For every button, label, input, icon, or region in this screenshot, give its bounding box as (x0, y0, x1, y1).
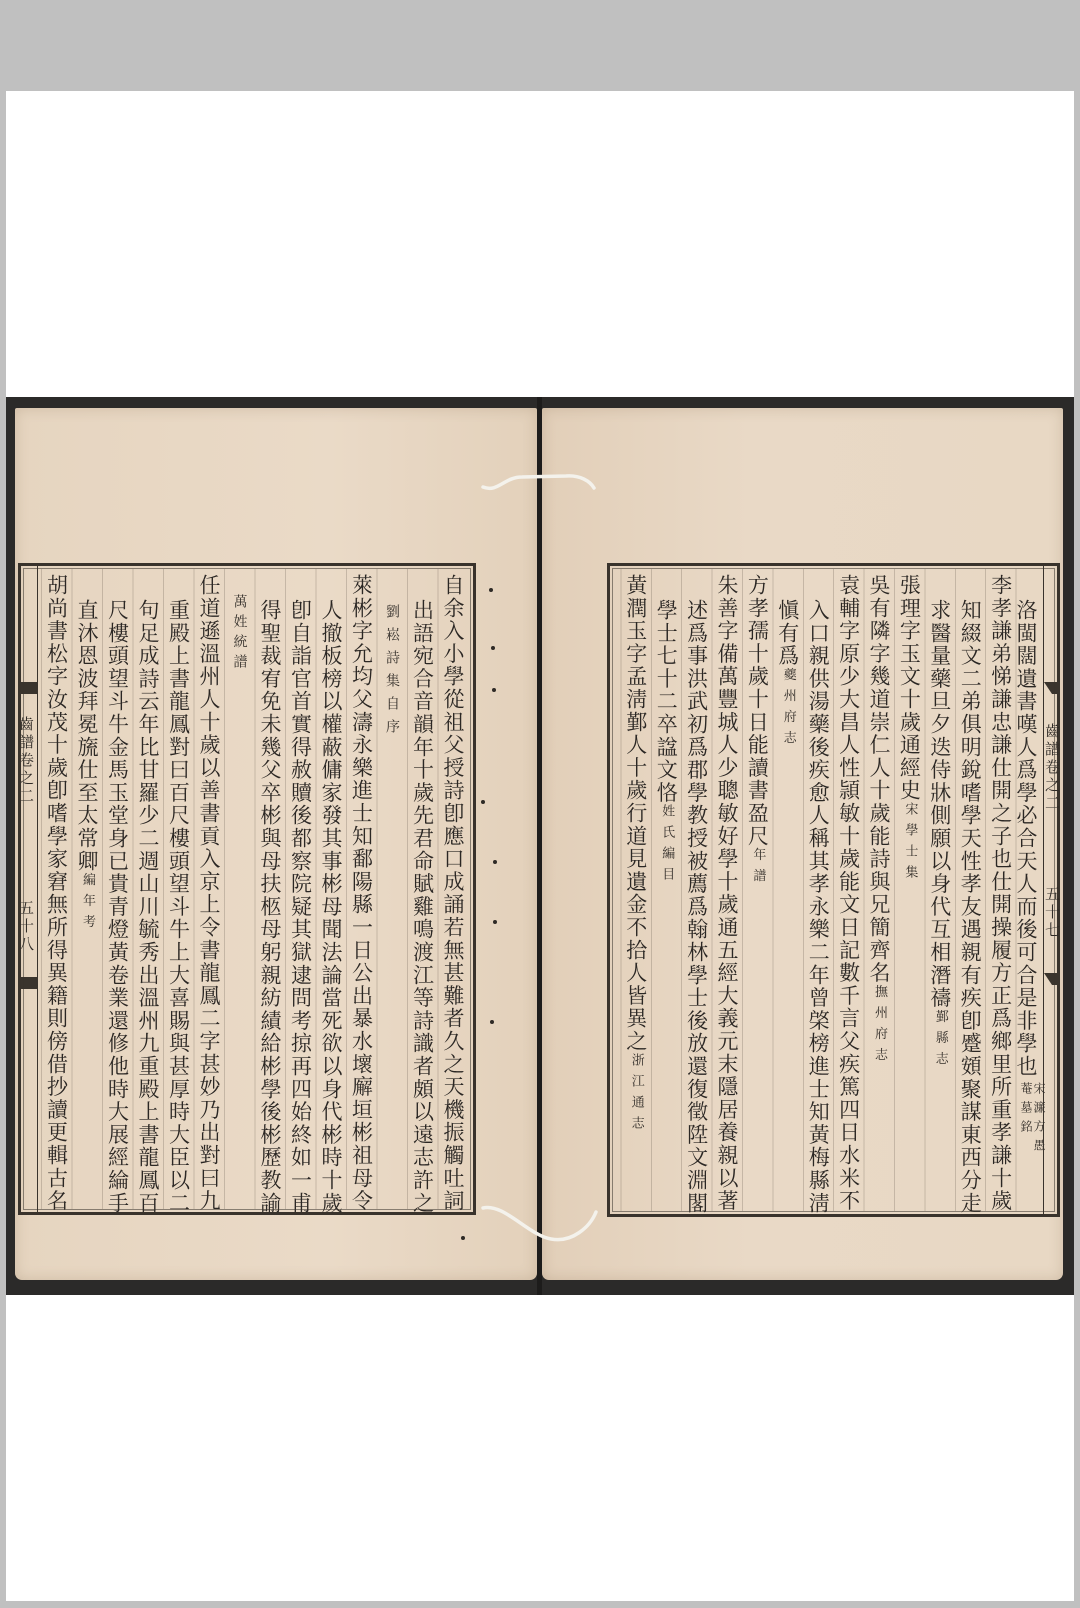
column-text: 吳有隣字幾道崇仁人十歲能詩與兄簡齊名 (867, 574, 891, 984)
margin-book-title: 齒譜卷之二 (21, 716, 37, 806)
column-text: 袁輔字原少大昌人性頴敏十歲能文日記數千言父疾篤四日水米不 (837, 574, 861, 1212)
column-text: 胡尚書松字汝茂十歲卽嗜學家窘無所得異籍則傍借抄讀更輯古名 (45, 574, 69, 1212)
fish-tail-mark (21, 682, 38, 694)
double-line-source-note: 宋濂方愚菴墓銘 (1019, 1078, 1045, 1158)
source-note: 撫州府志 (872, 984, 887, 1068)
source-citation: 劉崧詩集自序 (384, 604, 400, 742)
binding-hole (493, 920, 497, 924)
text-column: 重殿上書龍鳳對曰百尺樓頭望斗牛上大喜賜與甚厚時大臣以二 (165, 599, 193, 1239)
column-text: 得聖裁宥免未幾父卒彬與母扶柩母躬親紡績給彬學後彬歷教諭 (258, 599, 282, 1215)
source-note: 編年考 (80, 873, 95, 936)
text-column: 方孝孺十歲十日能讀書盈尺年譜 (743, 574, 771, 1214)
column-text: 尺樓頭望斗牛金馬玉堂身已貴青燈黃卷業還修他時大展經綸手 (106, 599, 130, 1215)
text-column: 袁輔字原少大昌人性頴敏十歲能文日記數千言父疾篤四日水米不 (835, 574, 863, 1214)
book-scan-image[interactable]: 齒譜卷之二 五十八 自余入小學從祖父授詩卽應口成誦若無甚難者久之天機振觸吐詞 出… (6, 397, 1074, 1295)
source-note: 姓氏編目 (659, 804, 674, 888)
right-page: 齒譜卷之二 五十七 洛閩闊遺書嘆人爲學必合天人而後可合是非學也宋濂方愚菴墓銘 李… (542, 408, 1063, 1280)
left-page-frame: 齒譜卷之二 五十八 自余入小學從祖父授詩卽應口成誦若無甚難者久之天機振觸吐詞 出… (18, 563, 476, 1215)
text-column: 出語宛合音韻年十歲先君命賦雞鳴渡江等詩識者頗以遠志許之 (409, 599, 437, 1239)
text-column: 知綴文二弟俱明銳嗜學天性孝友遇親有疾卽蹙頞聚謀東西分走 (956, 599, 984, 1239)
left-page: 齒譜卷之二 五十八 自余入小學從祖父授詩卽應口成誦若無甚難者久之天機振觸吐詞 出… (15, 408, 537, 1280)
column-text: 重殿上書龍鳳對曰百尺樓頭望斗牛上大喜賜與甚厚時大臣以二 (167, 599, 191, 1215)
source-note: 鄞縣志 (933, 1009, 948, 1072)
column-text: 黃潤玉字孟淸鄞人十歲行道見遺金不拾人皆異之 (624, 574, 648, 1053)
text-column: 朱善字備萬豐城人少聰敏好學十歲通五經大義元末隱居養親以著 (713, 574, 741, 1214)
column-text: 入口親供湯藥後疾愈人稱其孝永樂二年曾棨榜進士知黃梅縣淸 (806, 599, 830, 1215)
binding-hole (490, 1020, 494, 1024)
column-text: 任道遜溫州人十歲以善書貢入京上令書龍鳳二字甚妙乃出對曰九 (197, 574, 221, 1212)
column-text: 出語宛合音韻年十歲先君命賦雞鳴渡江等詩識者頗以遠志許之 (411, 599, 435, 1215)
binding-hole (461, 1236, 465, 1240)
column-text: 卽自詣官首實得赦贖後都察院疑其獄逮問考掠再四始終如一甫 (289, 599, 313, 1215)
text-column: 任道遜溫州人十歲以善書貢入京上令書龍鳳二字甚妙乃出對曰九 (195, 574, 223, 1214)
note-line: 宋濂方愚 (1032, 1082, 1045, 1158)
text-column: 入口親供湯藥後疾愈人稱其孝永樂二年曾棨榜進士知黃梅縣淸 (804, 599, 832, 1239)
margin-page-number: 五十七 (1047, 886, 1060, 940)
text-column: 求醫量藥旦夕迭侍牀側願以身代互相潛禱鄞縣志 (926, 599, 954, 1239)
binding-hole (491, 646, 495, 650)
binding-hole (493, 860, 497, 864)
binding-hole (481, 800, 485, 804)
text-column: 胡尚書松字汝茂十歲卽嗜學家窘無所得異籍則傍借抄讀更輯古名 (43, 574, 71, 1214)
note-line: 菴墓銘 (1019, 1082, 1032, 1158)
fish-tail-mark (1044, 973, 1060, 985)
column-text: 方孝孺十歲十日能讀書盈尺 (745, 574, 769, 848)
text-column: 黃潤玉字孟淸鄞人十歲行道見遺金不拾人皆異之浙江通志 (622, 574, 650, 1214)
text-column: 卽自詣官首實得赦贖後都察院疑其獄逮問考掠再四始終如一甫 (287, 599, 315, 1239)
binding-hole (492, 688, 496, 692)
left-page-fold-margin: 齒譜卷之二 五十八 (21, 566, 38, 1212)
margin-book-title: 齒譜卷之二 (1047, 723, 1060, 813)
text-column: 洛閩闊遺書嘆人爲學必合天人而後可合是非學也宋濂方愚菴墓銘 (1017, 599, 1045, 1239)
source-note: 年譜 (750, 848, 765, 890)
text-column: 直沐恩波拜冕旒仕至太常卿編年考 (73, 599, 101, 1239)
image-viewer-panel: 齒譜卷之二 五十八 自余入小學從祖父授詩卽應口成誦若無甚難者久之天機振觸吐詞 出… (6, 91, 1074, 1601)
text-column: 自余入小學從祖父授詩卽應口成誦若無甚難者久之天機振觸吐詞 (439, 574, 467, 1214)
column-text: 直沐恩波拜冕旒仕至太常卿 (75, 599, 99, 873)
column-text: 求醫量藥旦夕迭侍牀側願以身代互相潛禱 (928, 599, 952, 1009)
text-column: 李孝謙弟悌謙忠謙仕開之子也仕開操履方正爲鄉里所重孝謙十歲 (987, 574, 1015, 1214)
text-column: 述爲事洪武初爲郡學教授被薦爲翰林學士後放還復徵陞文淵閣 (683, 599, 711, 1239)
binding-hole (489, 588, 493, 592)
source-note: 夔州府志 (781, 667, 796, 751)
right-page-frame: 齒譜卷之二 五十七 洛閩闊遺書嘆人爲學必合天人而後可合是非學也宋濂方愚菴墓銘 李… (607, 563, 1060, 1217)
source-citation-column: 萬姓統譜 (226, 594, 254, 1234)
text-column: 學士七十二卒諡文恪姓氏編目 (652, 599, 680, 1239)
column-text: 句足成詩云年比甘羅少二週山川毓秀出溫州九重殿上書龍鳳百 (136, 599, 160, 1215)
source-citation: 萬姓統譜 (232, 594, 248, 674)
column-text: 李孝謙弟悌謙忠謙仕開之子也仕開操履方正爲鄉里所重孝謙十歲 (989, 574, 1013, 1212)
source-note: 宋學士集 (902, 802, 917, 886)
text-column: 尺樓頭望斗牛金馬玉堂身已貴青燈黃卷業還修他時大展經綸手 (104, 599, 132, 1239)
column-text: 自余入小學從祖父授詩卽應口成誦若無甚難者久之天機振觸吐詞 (441, 574, 465, 1212)
column-text: 知綴文二弟俱明銳嗜學天性孝友遇親有疾卽蹙頞聚謀東西分走 (958, 599, 982, 1215)
column-text: 朱善字備萬豐城人少聰敏好學十歲通五經大義元末隱居養親以著 (715, 574, 739, 1212)
source-note: 浙江通志 (629, 1053, 644, 1137)
column-text: 張理字玉文十歲通經史 (897, 574, 921, 802)
text-column: 愼有爲夔州府志 (774, 599, 802, 1239)
column-text: 萊彬字允均父濤永樂進士知鄱陽縣一日公出暴水壞廨垣彬祖母令 (350, 574, 374, 1212)
column-text: 述爲事洪武初爲郡學教授被薦爲翰林學士後放還復徵陞文淵閣 (685, 599, 709, 1215)
text-column: 萊彬字允均父濤永樂進士知鄱陽縣一日公出暴水壞廨垣彬祖母令 (348, 574, 376, 1214)
column-text: 學士七十二卒諡文恪 (654, 599, 678, 804)
text-column: 張理字玉文十歲通經史宋學士集 (895, 574, 923, 1214)
text-column: 句足成詩云年比甘羅少二週山川毓秀出溫州九重殿上書龍鳳百 (134, 599, 162, 1239)
column-text: 人撤板榜以權蔽傭家發其事彬母聞法論當死欲以身代彬時十歲 (319, 599, 343, 1215)
column-text: 愼有爲 (776, 599, 800, 667)
text-column: 得聖裁宥免未幾父卒彬與母扶柩母躬親紡績給彬學後彬歷教諭 (256, 599, 284, 1239)
source-citation-column: 劉崧詩集自序 (378, 604, 406, 1244)
column-text: 洛閩闊遺書嘆人爲學必合天人而後可合是非學也 (1014, 599, 1038, 1078)
text-column: 吳有隣字幾道崇仁人十歲能詩與兄簡齊名撫州府志 (865, 574, 893, 1214)
fish-tail-mark (1044, 682, 1060, 694)
text-column: 人撤板榜以權蔽傭家發其事彬母聞法論當死欲以身代彬時十歲 (317, 599, 345, 1239)
fish-tail-mark (21, 977, 38, 989)
margin-page-number: 五十八 (21, 900, 37, 954)
